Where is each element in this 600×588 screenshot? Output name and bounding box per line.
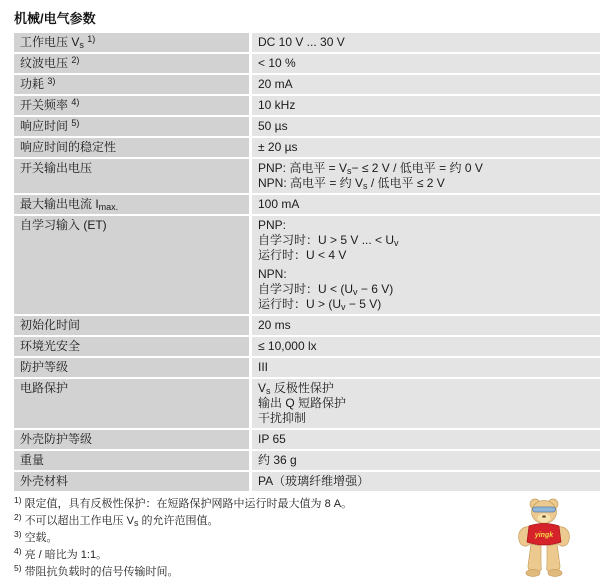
param-value-line: III (258, 360, 594, 375)
table-row: 功耗 3)20 mA (14, 75, 600, 94)
param-label-cell: 开关输出电压 (14, 159, 249, 193)
table-row: 防护等级III (14, 358, 600, 377)
param-value-cell: 约 36 g (252, 451, 600, 470)
param-value-line: < 10 % (258, 56, 594, 71)
footnote: 1)限定值，具有反极性保护：在短路保护网路中运行时最大值为 8 A。 (14, 496, 600, 513)
param-value-line: 50 µs (258, 119, 594, 134)
table-row: 纹波电压 2)< 10 % (14, 54, 600, 73)
param-value-line: 100 mA (258, 197, 594, 212)
param-label-cell: 防护等级 (14, 358, 249, 377)
param-value-line: IP 65 (258, 432, 594, 447)
table-row: 自学习输入 (ET)PNP:自学习时：U > 5 V ... < Uv运行时：U… (14, 216, 600, 314)
param-label-cell: 最大输出电流 Imax. (14, 195, 249, 214)
param-value-line: PNP: 高电平 = Vs− ≤ 2 V / 低电平 = 约 0 V (258, 161, 594, 176)
param-value-line: 约 36 g (258, 453, 594, 468)
param-value-line: NPN: (258, 267, 594, 282)
param-value-line: PNP: (258, 218, 594, 233)
footnote: 5)带阻抗负载时的信号传输时间。 (14, 564, 600, 581)
table-row: 电路保护Vs 反极性保护输出 Q 短路保护干扰抑制 (14, 379, 600, 428)
param-label-cell: 自学习输入 (ET) (14, 216, 249, 314)
param-label-cell: 重量 (14, 451, 249, 470)
bear-leg-left (528, 544, 541, 571)
table-row: 重量约 36 g (14, 451, 600, 470)
bear-foot (548, 570, 562, 577)
param-value-line: 10 kHz (258, 98, 594, 113)
param-value-line: PA（玻璃纤维增强） (258, 474, 594, 489)
param-value-line: 自学习时：U < (Uv − 6 V) (258, 282, 594, 297)
param-value-cell: ≤ 10,000 lx (252, 337, 600, 356)
param-label-cell: 功耗 3) (14, 75, 249, 94)
table-row: 初始化时间20 ms (14, 316, 600, 335)
param-value-cell: PA（玻璃纤维增强） (252, 472, 600, 491)
param-value-cell: 10 kHz (252, 96, 600, 115)
param-label-cell: 外壳材料 (14, 472, 249, 491)
param-value-cell: Vs 反极性保护输出 Q 短路保护干扰抑制 (252, 379, 600, 428)
param-label-cell: 环境光安全 (14, 337, 249, 356)
param-label-cell: 初始化时间 (14, 316, 249, 335)
footnote: 2)不可以超出工作电压 Vs 的允许范围值。 (14, 513, 600, 530)
bear-leg-right (547, 544, 560, 571)
param-label-cell: 工作电压 Vs 1) (14, 33, 249, 52)
param-value-line: DC 10 V ... 30 V (258, 35, 594, 50)
footnote: 4)亮 / 暗比为 1:1。 (14, 547, 600, 564)
param-value-line: NPN: 高电平 = 约 Vs / 低电平 ≤ 2 V (258, 176, 594, 191)
param-value-line: Vs 反极性保护 (258, 381, 594, 396)
table-row: 响应时间 5)50 µs (14, 117, 600, 136)
table-row: 最大输出电流 Imax.100 mA (14, 195, 600, 214)
param-value-line: 自学习时：U > 5 V ... < Uv (258, 233, 594, 248)
bear-mascot: yingk (514, 496, 574, 578)
param-value-cell: III (252, 358, 600, 377)
param-label-cell: 外壳防护等级 (14, 430, 249, 449)
page-title: 机械/电气参数 (0, 0, 600, 33)
param-label-cell: 开关频率 4) (14, 96, 249, 115)
bear-muzzle (538, 514, 551, 523)
param-value-cell: DC 10 V ... 30 V (252, 33, 600, 52)
param-label-cell: 响应时间 5) (14, 117, 249, 136)
param-value-cell: PNP:自学习时：U > 5 V ... < Uv运行时：U < 4 VNPN:… (252, 216, 600, 314)
parameter-table: 工作电压 Vs 1)DC 10 V ... 30 V纹波电压 2)< 10 %功… (14, 33, 600, 491)
bear-mascot-graphic: yingk (514, 496, 574, 578)
table-row: 工作电压 Vs 1)DC 10 V ... 30 V (14, 33, 600, 52)
param-value-cell: 20 ms (252, 316, 600, 335)
footnotes: 1)限定值，具有反极性保护：在短路保护网路中运行时最大值为 8 A。2)不可以超… (14, 496, 600, 581)
param-value-cell: PNP: 高电平 = Vs− ≤ 2 V / 低电平 = 约 0 VNPN: 高… (252, 159, 600, 193)
param-value-line: 输出 Q 短路保护 (258, 396, 594, 411)
bear-nose (542, 515, 546, 518)
param-value-line: 运行时：U > (Uv − 5 V) (258, 297, 594, 312)
param-value-cell: ± 20 µs (252, 138, 600, 157)
table-row: 开关频率 4)10 kHz (14, 96, 600, 115)
table-row: 响应时间的稳定性± 20 µs (14, 138, 600, 157)
param-value-cell: 50 µs (252, 117, 600, 136)
param-label-cell: 纹波电压 2) (14, 54, 249, 73)
table-row: 环境光安全≤ 10,000 lx (14, 337, 600, 356)
param-value-line: 20 mA (258, 77, 594, 92)
param-value-cell: < 10 % (252, 54, 600, 73)
param-value-line: ± 20 µs (258, 140, 594, 155)
param-value-line: 运行时：U < 4 V (258, 248, 594, 263)
footnote: 3)空载。 (14, 530, 600, 547)
bear-foot (526, 570, 540, 577)
param-label-cell: 电路保护 (14, 379, 249, 428)
param-value-line: 20 ms (258, 318, 594, 333)
table-row: 外壳材料PA（玻璃纤维增强） (14, 472, 600, 491)
param-value-cell: 20 mA (252, 75, 600, 94)
table-row: 外壳防护等级IP 65 (14, 430, 600, 449)
param-value-cell: 100 mA (252, 195, 600, 214)
param-value-cell: IP 65 (252, 430, 600, 449)
table-row: 开关输出电压PNP: 高电平 = Vs− ≤ 2 V / 低电平 = 约 0 V… (14, 159, 600, 193)
sunglasses-icon (533, 507, 556, 512)
param-value-line: ≤ 10,000 lx (258, 339, 594, 354)
param-label-cell: 响应时间的稳定性 (14, 138, 249, 157)
param-value-line: 干扰抑制 (258, 411, 594, 426)
shirt-logo-text: yingk (534, 532, 554, 539)
